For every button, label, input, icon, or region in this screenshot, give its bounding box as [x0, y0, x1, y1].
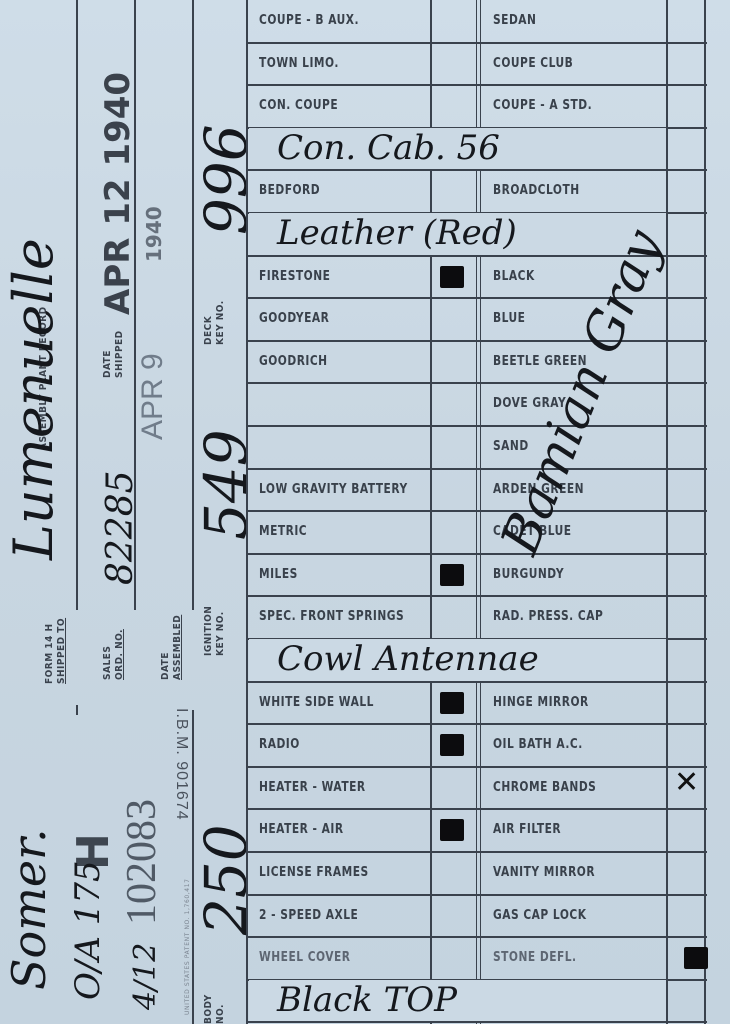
option-label-left: 2 - SPEED AXLE — [259, 908, 358, 923]
option-checkbox-right[interactable] — [668, 4, 704, 38]
option-checkbox-left[interactable] — [433, 856, 473, 890]
date-shipped-overstamp: 1940 — [142, 206, 166, 262]
option-label-left: WHITE SIDE WALL — [259, 695, 374, 710]
option-checkbox-right[interactable] — [668, 728, 704, 762]
option-checkbox-left[interactable] — [433, 345, 473, 379]
option-label-right: RAD. PRESS. CAP — [493, 609, 603, 624]
option-checkbox-left[interactable] — [433, 302, 473, 336]
option-label-right: STONE DEFL. — [493, 950, 577, 965]
handwritten-entry: Cowl Antennae — [277, 639, 539, 679]
sales-ord-label-1: SALES — [102, 646, 113, 680]
filled-mark-icon — [440, 692, 464, 714]
form-label: FORM 14 H — [44, 624, 55, 685]
option-checkbox-left[interactable] — [433, 174, 473, 208]
handwritten-row: Black TOP — [247, 980, 707, 1022]
option-label-left: LICENSE FRAMES — [259, 865, 369, 880]
option-label-left: SPEC. FRONT SPRINGS — [259, 609, 404, 624]
option-checkbox-right[interactable] — [668, 47, 704, 81]
option-checkbox-right[interactable] — [668, 430, 704, 464]
handwritten-entry: Black TOP — [277, 980, 457, 1020]
option-label-right: CHROME BANDS — [493, 780, 596, 795]
option-label-right: VANITY MIRROR — [493, 865, 595, 880]
option-label-right: COUPE - A STD. — [493, 98, 592, 113]
deck-key-label-1: DECK — [203, 316, 214, 345]
serial-number: 102083 — [118, 799, 166, 925]
date-shipped-stamp: APR 12 1940 — [98, 72, 138, 315]
option-label-left: HEATER - WATER — [259, 780, 366, 795]
sales-ord-value: 82285 — [100, 470, 141, 585]
assembly-plant-record-card: ASSEMBLY PLANT RECORD FORM 14 H SHIPPED … — [0, 0, 730, 1024]
filled-mark-icon — [684, 947, 708, 969]
date-shipped-label-1: DATE — [102, 350, 113, 378]
option-checkbox-left[interactable] — [433, 899, 473, 933]
option-label-right: BROADCLOTH — [493, 183, 580, 198]
option-label-right: BLUE — [493, 311, 525, 326]
table-row: LOW GRAVITY BATTERYARDEN GREEN — [247, 469, 707, 511]
option-checkbox-right[interactable] — [668, 899, 704, 933]
option-checkbox-right[interactable] — [668, 473, 704, 507]
filled-mark-icon — [440, 564, 464, 586]
option-checkbox-left[interactable] — [433, 89, 473, 123]
date-shipped-label-2: SHIPPED — [114, 330, 125, 378]
option-checkbox-right[interactable] — [668, 856, 704, 890]
option-checkbox-right[interactable] — [668, 686, 704, 720]
left-divider-1 — [76, 0, 78, 610]
deck-key-label-2: KEY NO. — [215, 300, 226, 345]
handwritten-row: Con. Cab. 56 — [247, 128, 707, 170]
option-checkbox-left[interactable] — [433, 771, 473, 805]
shipped-to-value: Lumenuelle — [2, 238, 65, 560]
table-row: TOWN LIMO.COUPE CLUB — [247, 43, 707, 85]
option-checkbox-left[interactable] — [433, 260, 473, 294]
handwritten-entry: Con. Cab. 56 — [277, 128, 500, 168]
sales-ord-label-2: ORD. NO. — [114, 629, 125, 680]
table-row: WHEEL COVERSTONE DEFL. — [247, 937, 707, 979]
shipped-to-label: SHIPPED TO — [56, 618, 67, 684]
x-mark-icon: ✕ — [674, 765, 699, 800]
table-row: 2 - SPEED AXLEGAS CAP LOCK — [247, 895, 707, 937]
ignition-key-label-2: KEY NO. — [215, 611, 226, 656]
option-label-right: SAND — [493, 439, 529, 454]
table-row: WHITE SIDE WALLHINGE MIRROR — [247, 682, 707, 724]
option-label-right: BURGUNDY — [493, 567, 564, 582]
option-label-right: SEDAN — [493, 13, 536, 28]
option-label-left: HEATER - AIR — [259, 822, 344, 837]
table-row: RADIOOIL BATH A.C. — [247, 724, 707, 766]
option-label-left: BEDFORD — [259, 183, 320, 198]
option-label-right: OIL BATH A.C. — [493, 737, 583, 752]
option-label-right: COUPE CLUB — [493, 56, 573, 71]
table-row: GOODRICHBEETLE GREEN — [247, 341, 707, 383]
table-row: DOVE GRAY — [247, 383, 707, 425]
option-checkbox-right[interactable] — [668, 387, 704, 421]
option-label-right: HINGE MIRROR — [493, 695, 589, 710]
option-checkbox-left[interactable] — [433, 941, 473, 975]
option-label-left: FIRESTONE — [259, 269, 330, 284]
option-label-left: CON. COUPE — [259, 98, 338, 113]
handwritten-line1: Somer. — [2, 828, 56, 990]
table-row: METRICCADET BLUE — [247, 511, 707, 553]
left-divider-2b — [76, 705, 78, 715]
patent-text: UNITED STATES PATENT NO. 1,760,417 — [184, 878, 191, 1015]
option-label-left: TOWN LIMO. — [259, 56, 339, 71]
table-row: HEATER - AIRAIR FILTER — [247, 809, 707, 851]
body-no-label-2: NO. — [215, 1004, 226, 1024]
ignition-key-label-1: IGNITION — [203, 606, 214, 656]
table-row: BEDFORDBROADCLOTH — [247, 170, 707, 212]
table-row: COUPE - B AUX.SEDAN — [247, 0, 707, 42]
handwritten-line2: O/A 175 — [68, 860, 108, 1000]
ibm-code: I.B.M. 901674 — [172, 708, 190, 821]
option-label-left: GOODYEAR — [259, 311, 329, 326]
filled-mark-icon — [440, 266, 464, 288]
table-row: CON. COUPECOUPE - A STD. — [247, 85, 707, 127]
date-assembled-label-2: ASSEMBLED — [172, 615, 183, 680]
option-checkbox-left[interactable] — [433, 558, 473, 592]
option-label-left: GOODRICH — [259, 354, 328, 369]
option-checkbox-left[interactable] — [433, 430, 473, 464]
filled-mark-icon — [440, 734, 464, 756]
option-checkbox-right[interactable] — [668, 813, 704, 847]
option-label-right: AIR FILTER — [493, 822, 561, 837]
table-row: MILESBURGUNDY — [247, 554, 707, 596]
option-label-left: WHEEL COVER — [259, 950, 351, 965]
table-row: HEATER - WATERCHROME BANDS✕ — [247, 767, 707, 809]
option-checkbox-left[interactable] — [433, 728, 473, 762]
date-assembled-stamp: APR 9 — [136, 353, 170, 440]
option-checkbox-right[interactable] — [668, 89, 704, 123]
filled-mark-icon — [440, 819, 464, 841]
option-checkbox-right[interactable] — [668, 260, 704, 294]
option-label-right: BLACK — [493, 269, 535, 284]
date-assembled-label-1: DATE — [160, 652, 171, 680]
option-checkbox-right[interactable] — [668, 515, 704, 549]
table-row: SAND — [247, 426, 707, 468]
table-row: LICENSE FRAMESVANITY MIRROR — [247, 852, 707, 894]
option-checkbox-right[interactable] — [668, 941, 704, 975]
option-label-left: LOW GRAVITY BATTERY — [259, 482, 408, 497]
option-label-left: MILES — [259, 567, 298, 582]
option-checkbox-left[interactable] — [433, 600, 473, 634]
option-label-left: COUPE - B AUX. — [259, 13, 359, 28]
option-checkbox-left[interactable] — [433, 387, 473, 421]
option-checkbox-right[interactable] — [668, 174, 704, 208]
option-label-left: METRIC — [259, 524, 307, 539]
option-checkbox-left[interactable] — [433, 686, 473, 720]
option-checkbox-right[interactable] — [668, 302, 704, 336]
option-checkbox-left[interactable] — [433, 4, 473, 38]
option-checkbox-right[interactable] — [668, 558, 704, 592]
option-label-right: GAS CAP LOCK — [493, 908, 586, 923]
option-checkbox-left[interactable] — [433, 813, 473, 847]
option-checkbox-right[interactable] — [668, 600, 704, 634]
option-checkbox-left[interactable] — [433, 515, 473, 549]
body-no-label-1: BODY — [203, 994, 214, 1024]
option-checkbox-left[interactable] — [433, 47, 473, 81]
table-row: SPEC. FRONT SPRINGSRAD. PRESS. CAP — [247, 596, 707, 638]
option-checkbox-left[interactable] — [433, 473, 473, 507]
option-checkbox-right[interactable]: ✕ — [668, 771, 704, 805]
handwritten-entry: Leather (Red) — [277, 213, 517, 253]
option-checkbox-right[interactable] — [668, 345, 704, 379]
handwritten-row: Cowl Antennae — [247, 639, 707, 681]
handwritten-line3: 4/12 — [128, 943, 163, 1010]
option-label-left: RADIO — [259, 737, 300, 752]
